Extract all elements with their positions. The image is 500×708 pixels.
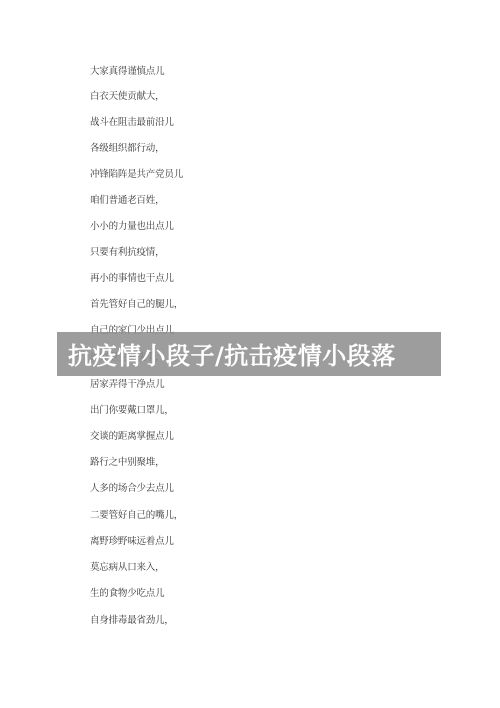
- banner-title: 抗疫情小段子/抗击疫情小段落: [68, 336, 396, 371]
- poem-line: 人多的场合少去点儿: [90, 480, 174, 494]
- poem-line: 首先管好自己的腿儿，: [90, 296, 183, 310]
- poem-line: 再小的事情也干点儿: [90, 270, 174, 284]
- poem-line: 只要有利抗疫情，: [90, 244, 164, 258]
- poem-line: 莫忘病从口来入，: [90, 559, 164, 573]
- poem-line: 咱们普通老百姓，: [90, 192, 164, 206]
- poem-line: 出门你要戴口罩儿，: [90, 402, 174, 416]
- poem-line: 居家弄得干净点儿: [90, 376, 164, 390]
- poem-line: 战斗在阻击最前沿儿: [90, 114, 174, 128]
- poem-line: 小小的力量也出点儿: [90, 218, 174, 232]
- poem-line: 各级组织都行动，: [90, 140, 164, 154]
- poem-line: 路行之中别聚堆，: [90, 454, 164, 468]
- poem-line: 生的食物少吃点儿: [90, 585, 164, 599]
- poem-line: 自身排毒最省劲儿，: [90, 612, 174, 626]
- poem-line: 交谈的距离掌握点儿: [90, 428, 174, 442]
- poem-line: 白衣天使贡献大，: [90, 88, 164, 102]
- poem-line: 冲锋陷阵是共产党员儿: [90, 166, 183, 180]
- poem-line: 离野珍野味远着点儿: [90, 533, 174, 547]
- document-page: 大家真得谨慎点儿 白衣天使贡献大， 战斗在阻击最前沿儿 各级组织都行动， 冲锋陷…: [0, 0, 500, 708]
- poem-line: 大家真得谨慎点儿: [90, 63, 164, 77]
- poem-line: 二要管好自己的嘴儿，: [90, 507, 183, 521]
